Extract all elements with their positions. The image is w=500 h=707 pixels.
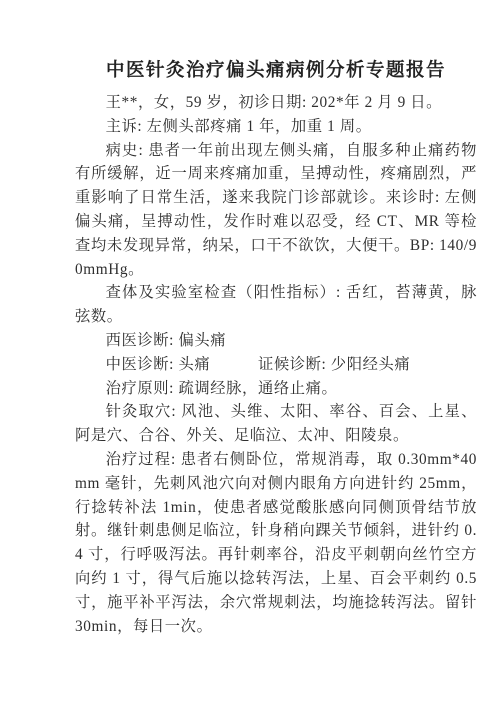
paragraph-acupoints: 针灸取穴: 风池、头维、太阳、率谷、百会、上星、阿是穴、合谷、外关、足临泣、太冲… <box>75 400 477 448</box>
paragraph-medical-history: 病史: 患者一年前出现左侧头痛，自服多种止痛药物有所缓解，近一周来疼痛加重，呈搏… <box>75 139 477 282</box>
paragraph-western-diagnosis: 西医诊断: 偏头痛 <box>75 329 477 353</box>
document-title: 中医针灸治疗偏头痛病例分析专题报告 <box>75 58 477 84</box>
paragraph-tcm-diagnosis: 中医诊断: 头痛 证候诊断: 少阳经头痛 <box>75 353 477 377</box>
paragraph-examination: 查体及实验室检查（阳性指标）: 舌红，苔薄黄，脉弦数。 <box>75 281 477 329</box>
paragraph-chief-complaint: 主诉: 左侧头部疼痛 1 年，加重 1 周。 <box>75 115 477 139</box>
document-content: 中医针灸治疗偏头痛病例分析专题报告 王**，女，59 岁，初诊日期: 202*年… <box>75 58 477 638</box>
document-page: 中医针灸治疗偏头痛病例分析专题报告 王**，女，59 岁，初诊日期: 202*年… <box>0 0 500 707</box>
paragraph-patient-info: 王**，女，59 岁，初诊日期: 202*年 2 月 9 日。 <box>75 91 477 115</box>
paragraph-treatment-process: 治疗过程: 患者右侧卧位，常规消毒，取 0.30mm*40mm 毫针，先刺风池穴… <box>75 448 477 638</box>
paragraph-treatment-principle: 治疗原则: 疏调经脉，通络止痛。 <box>75 377 477 401</box>
